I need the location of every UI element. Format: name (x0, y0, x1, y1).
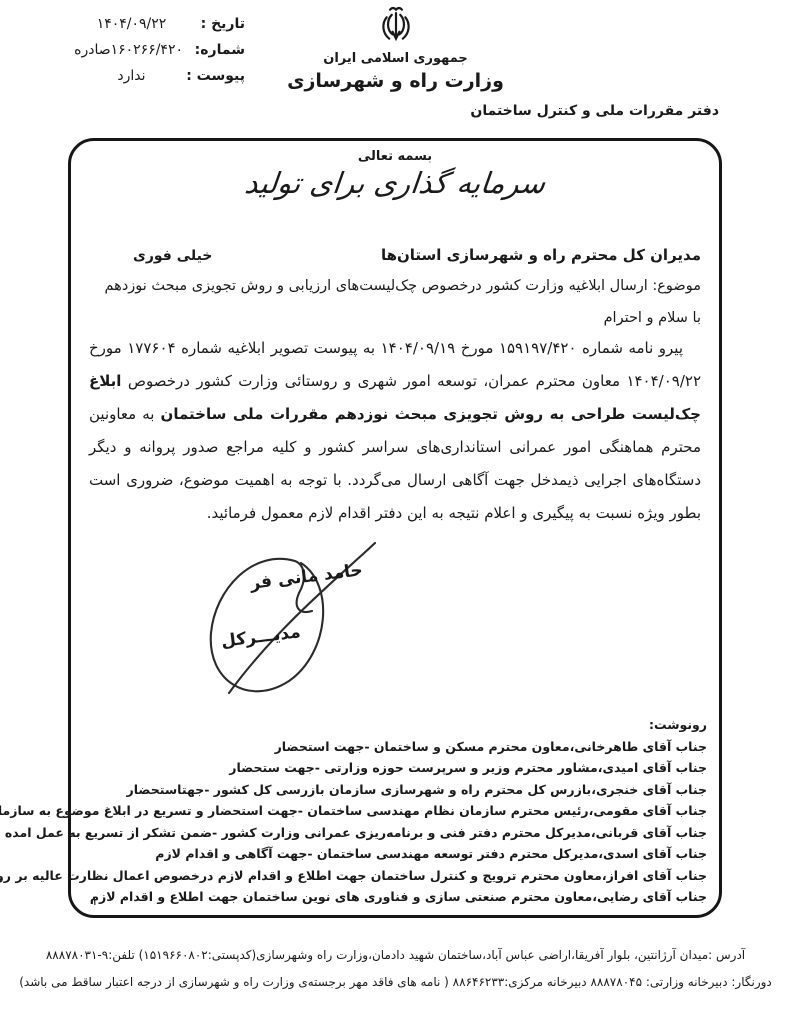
subject-line: موضوع: ارسال ابلاغیه وزارت کشور درخصوص چ… (89, 278, 701, 294)
besmeleh: بسمه تعالی (89, 149, 701, 164)
number-value: ۱۶۰۲۶۶/۴۲۰صادره (74, 42, 183, 58)
salutation: با سلام و احترام (89, 310, 701, 326)
cc-item-text: جناب آقای خنجری،بازرس کل محترم راه و شهر… (127, 782, 707, 797)
cc-section: رونوشت: جناب آقای طاهرخانی،معاون محترم م… (83, 714, 707, 908)
cc-item: جناب آقای خنجری،بازرس کل محترم راه و شهر… (83, 779, 707, 801)
body-paragraph: پیرو نامه شماره ۱۵۹۱۹۷/۴۲۰ مورخ ۱۴۰۴/۰۹/… (89, 332, 701, 530)
signature-block: حامد مانی فر مدیـــرکل (149, 541, 389, 706)
attachment-value: ندارد (80, 68, 183, 84)
meta-attachment-row: پیوست : ندارد (80, 68, 245, 84)
cc-item: جناب آقای مقومی،رئیس محترم سازمان نظام م… (83, 800, 707, 822)
cc-label: رونوشت: (83, 714, 707, 736)
cc-item: جناب آقای اسدی،مدیرکل محترم دفتر توسعه م… (83, 843, 707, 865)
cc-item-text: جناب آقای افراز،معاون محترم ترویج و کنتر… (0, 868, 707, 883)
cc-item: جناب آقای طاهرخانی،معاون محترم مسکن و سا… (83, 736, 707, 758)
cc-list: جناب آقای طاهرخانی،معاون محترم مسکن و سا… (83, 736, 707, 908)
cc-item: جناب آقای رضایی،معاون محترم صنعتی سازی و… (83, 886, 707, 908)
footer-address-line: آدرس :میدان آرژانتین، بلوار آفریقا،اراضی… (0, 942, 791, 969)
footer-fax-line: دورنگار: دبیرخانه وزارتی: ۸۸۸۷۸۰۴۵ دبیرخ… (0, 969, 791, 996)
letter-frame: بسمه تعالی سرمایه گذاری برای تولید مدیرا… (68, 138, 722, 918)
addressee: مدیران کل محترم راه و شهرسازی استان‌ها (381, 246, 701, 264)
cc-item-text: جناب آقای قربانی،مدیرکل محترم دفتر فنی و… (0, 825, 707, 840)
date-value: ۱۴۰۴/۰۹/۲۲ (80, 16, 183, 32)
cc-item-text: جناب آقای امیدی،مشاور محترم وزیر و سرپرس… (229, 760, 707, 775)
number-label: شماره: (183, 42, 245, 58)
letter-meta: تاریخ : ۱۴۰۴/۰۹/۲۲ شماره: ۱۶۰۲۶۶/۴۲۰صادر… (80, 16, 245, 94)
scanned-letter-page: { "meta": { "date_label": "تاریخ :", "da… (0, 0, 791, 1024)
date-label: تاریخ : (183, 16, 245, 32)
addressee-row: مدیران کل محترم راه و شهرسازی استان‌ها خ… (89, 246, 701, 264)
meta-number-row: شماره: ۱۶۰۲۶۶/۴۲۰صادره (80, 42, 245, 58)
iran-emblem-icon (379, 4, 413, 50)
cc-item-text: جناب آقای رضایی،معاون محترم صنعتی سازی و… (90, 889, 707, 904)
cc-item-text: جناب آقای مقومی،رئیس محترم سازمان نظام م… (0, 803, 707, 818)
body-text-1: پیرو نامه شماره ۱۵۹۱۹۷/۴۲۰ مورخ ۱۴۰۴/۰۹/… (89, 339, 701, 390)
cc-item: جناب آقای قربانی،مدیرکل محترم دفتر فنی و… (83, 822, 707, 844)
meta-date-row: تاریخ : ۱۴۰۴/۰۹/۲۲ (80, 16, 245, 32)
letter-footer: آدرس :میدان آرژانتین، بلوار آفریقا،اراضی… (0, 942, 791, 996)
year-slogan-calligraphy: سرمایه گذاری برای تولید (87, 166, 703, 200)
cc-item: جناب آقای امیدی،مشاور محترم وزیر و سرپرس… (83, 757, 707, 779)
cc-item: جناب آقای افراز،معاون محترم ترویج و کنتر… (83, 865, 707, 887)
cc-item-text: جناب آقای اسدی،مدیرکل محترم دفتر توسعه م… (155, 846, 707, 861)
urgency-stamp: خیلی فوری (133, 248, 212, 264)
attachment-label: پیوست : (183, 68, 245, 84)
cc-item-text: جناب آقای طاهرخانی،معاون محترم مسکن و سا… (275, 739, 707, 754)
office-title: دفتر مقررات ملی و کنترل ساختمان (470, 103, 719, 119)
page-number: ۱ (91, 894, 98, 909)
